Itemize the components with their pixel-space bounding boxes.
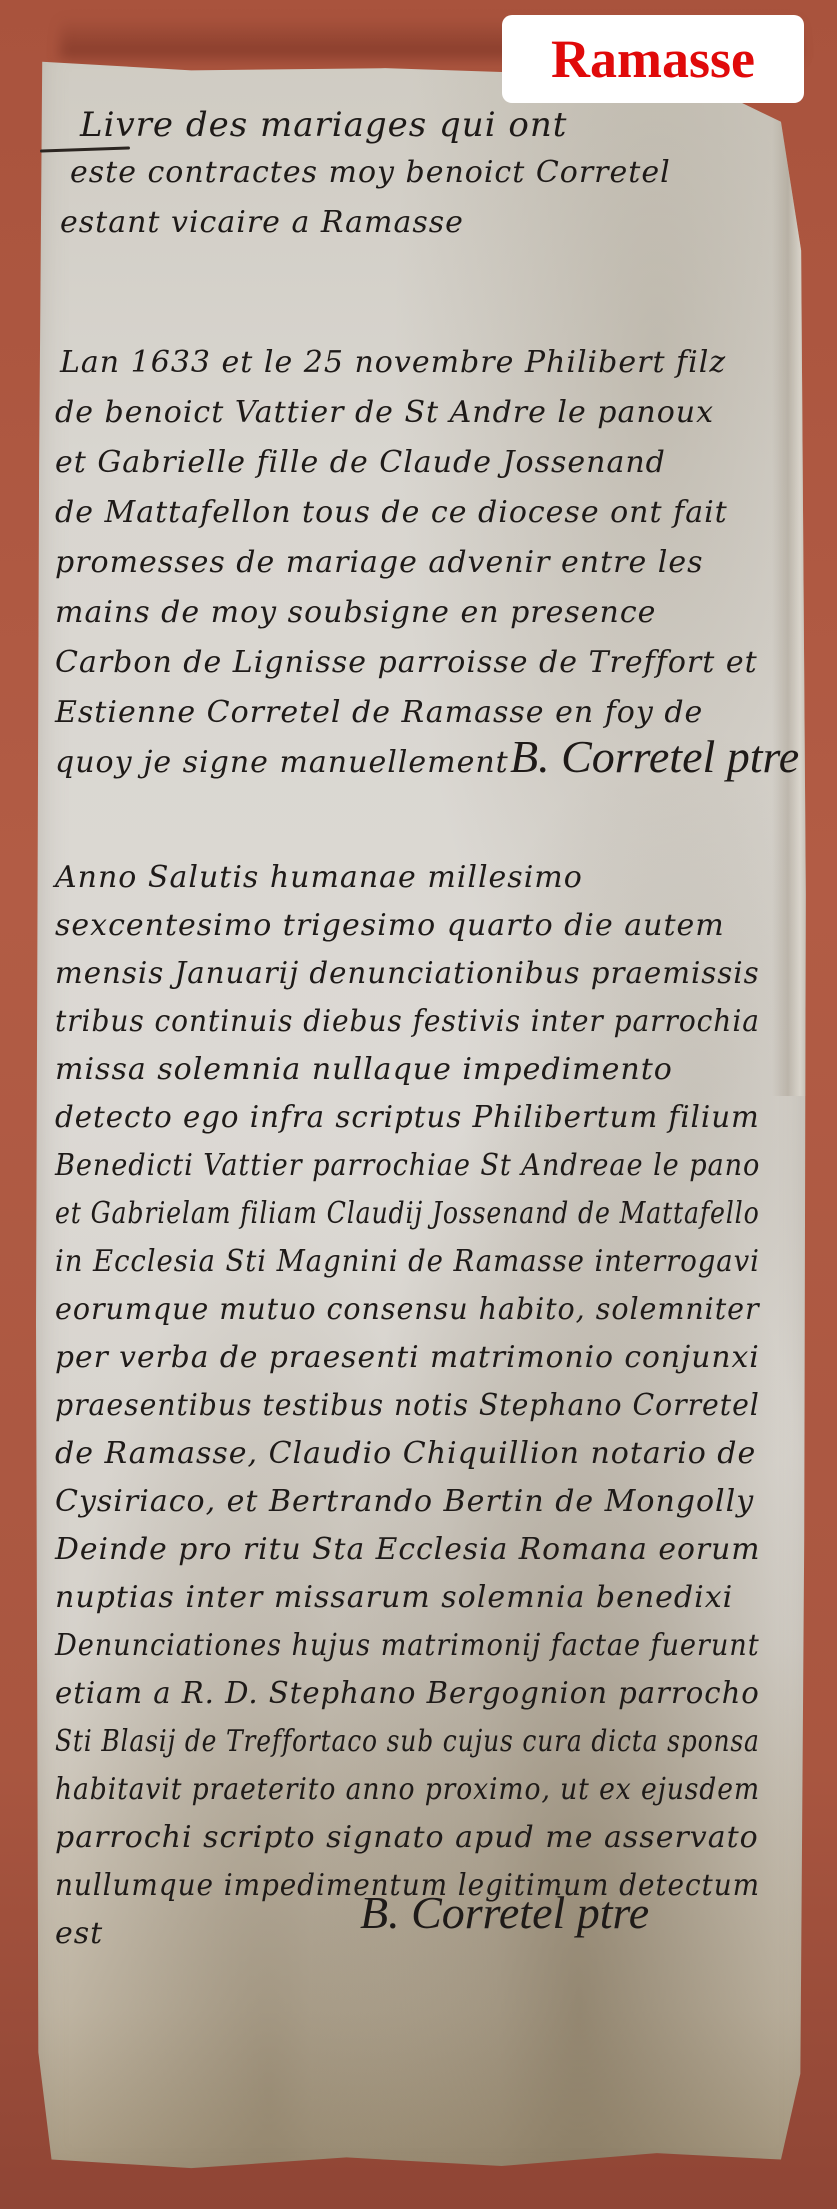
location-label-text: Ramasse <box>551 28 755 90</box>
manuscript-text-lower <box>0 0 837 2209</box>
location-label: Ramasse <box>502 15 804 103</box>
